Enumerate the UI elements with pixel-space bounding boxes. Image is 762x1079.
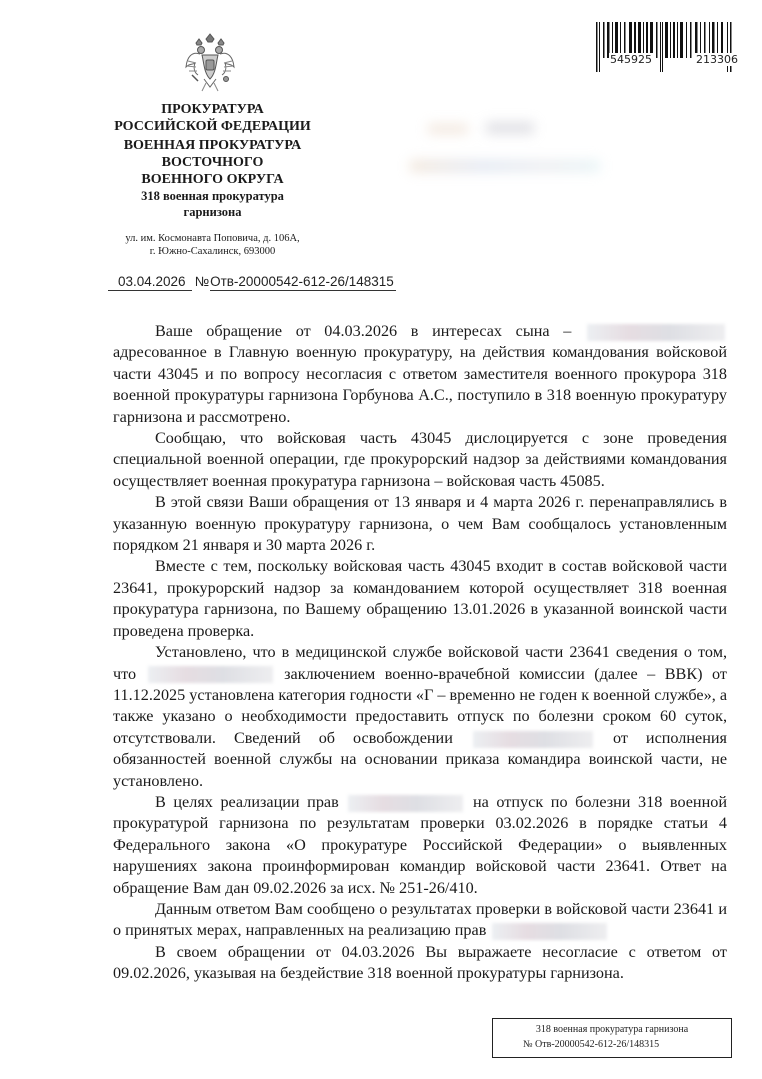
letter-body: Ваше обращение от 04.03.2026 в интересах… xyxy=(113,321,727,985)
paragraph: В этой связи Ваши обращения от 13 января… xyxy=(113,492,727,556)
barcode-number: 545925 213306 xyxy=(609,53,739,66)
barcode-digits-right: 213306 xyxy=(695,53,739,66)
org-unit-line: гарнизона xyxy=(105,204,320,220)
coat-of-arms-icon xyxy=(184,33,236,95)
org-subdivision-line: ВОСТОЧНОГО xyxy=(105,154,320,171)
stamp-org: 318 военная прокуратура гарнизона xyxy=(493,1022,731,1037)
redacted-name xyxy=(348,795,463,812)
number-sign: № xyxy=(192,274,210,289)
org-name-line: ПРОКУРАТУРА xyxy=(105,101,320,118)
stamp-number: № Отв-20000542-612-26/148315 xyxy=(493,1037,731,1052)
paragraph: В своем обращении от 04.03.2026 Вы выраж… xyxy=(113,942,727,985)
org-subdivision-line: ВОЕННОГО ОКРУГА xyxy=(105,171,320,188)
registration-stamp: 318 военная прокуратура гарнизона № Отв-… xyxy=(492,1018,732,1058)
paragraph-text: Ваше обращение от 04.03.2026 в интересах… xyxy=(155,322,571,340)
paragraph: Данным ответом Вам сообщено о результата… xyxy=(113,899,727,942)
redacted-name xyxy=(473,731,593,748)
barcode-digits-left: 545925 xyxy=(609,53,653,66)
document-page: ПРОКУРАТУРА РОССИЙСКОЙ ФЕДЕРАЦИИ ВОЕННАЯ… xyxy=(0,0,762,1079)
redacted-name xyxy=(587,324,725,341)
org-name-line: РОССИЙСКОЙ ФЕДЕРАЦИИ xyxy=(105,118,320,135)
letterhead: ПРОКУРАТУРА РОССИЙСКОЙ ФЕДЕРАЦИИ ВОЕННАЯ… xyxy=(105,101,320,258)
document-date: 03.04.2026 xyxy=(108,274,192,291)
redacted-name xyxy=(492,923,607,940)
paragraph: В целях реализации прав на отпуск по бол… xyxy=(113,792,727,899)
paragraph: Ваше обращение от 04.03.2026 в интересах… xyxy=(113,321,727,428)
paragraph-text: В целях реализации прав xyxy=(155,793,339,811)
redacted-name xyxy=(148,666,273,683)
paragraph: Сообщаю, что войсковая часть 43045 дисло… xyxy=(113,428,727,492)
paragraph: Установлено, что в медицинской службе во… xyxy=(113,642,727,792)
org-unit-line: 318 военная прокуратура xyxy=(105,188,320,204)
org-subdivision-line: ВОЕННАЯ ПРОКУРАТУРА xyxy=(105,138,320,154)
paragraph-text: адресованное в Главную военную прокурату… xyxy=(113,343,727,425)
address-line: г. Южно-Сахалинск, 693000 xyxy=(105,245,320,258)
registration-line: 03.04.2026№Отв-20000542-612-26/148315 xyxy=(108,274,396,291)
redacted-recipient-block xyxy=(398,110,608,180)
paragraph-text: Данным ответом Вам сообщено о результата… xyxy=(113,900,727,939)
paragraph: Вместе с тем, поскольку войсковая часть … xyxy=(113,556,727,642)
address-line: ул. им. Космонавта Поповича, д. 106А, xyxy=(105,232,320,245)
document-number: Отв-20000542-612-26/148315 xyxy=(210,274,396,291)
